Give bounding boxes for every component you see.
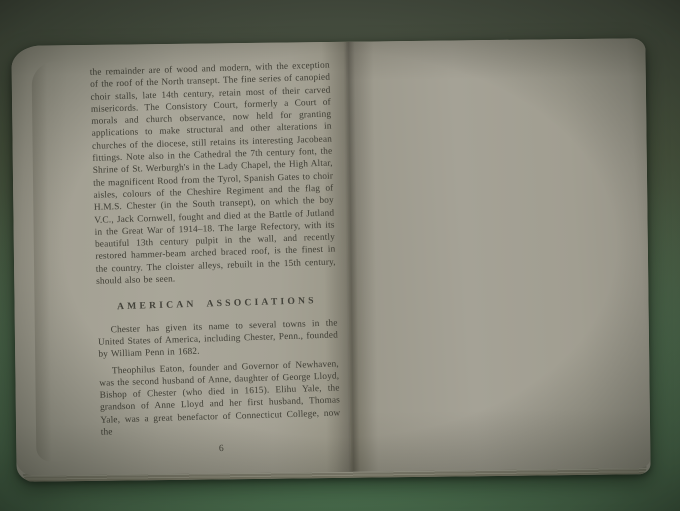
open-book: the remainder are of wood and modern, wi… (11, 38, 650, 482)
left-page-text: the remainder are of wood and modern, wi… (90, 60, 342, 460)
right-page: University bearing his name. The Bishop … (345, 38, 650, 472)
left-paragraph-3: Theophilus Eaton, founder and Governor o… (99, 358, 341, 439)
section-heading-american-associations: AMERICAN ASSOCIATIONS (97, 295, 337, 315)
left-page: the remainder are of wood and modern, wi… (11, 42, 350, 476)
left-page-number: 6 (101, 440, 341, 460)
left-body-paragraph: the remainder are of wood and modern, wi… (90, 60, 337, 289)
photo-background: the remainder are of wood and modern, wi… (0, 0, 680, 511)
page-curl-edge (32, 61, 71, 461)
left-paragraph-2: Chester has given its name to several to… (97, 317, 338, 361)
